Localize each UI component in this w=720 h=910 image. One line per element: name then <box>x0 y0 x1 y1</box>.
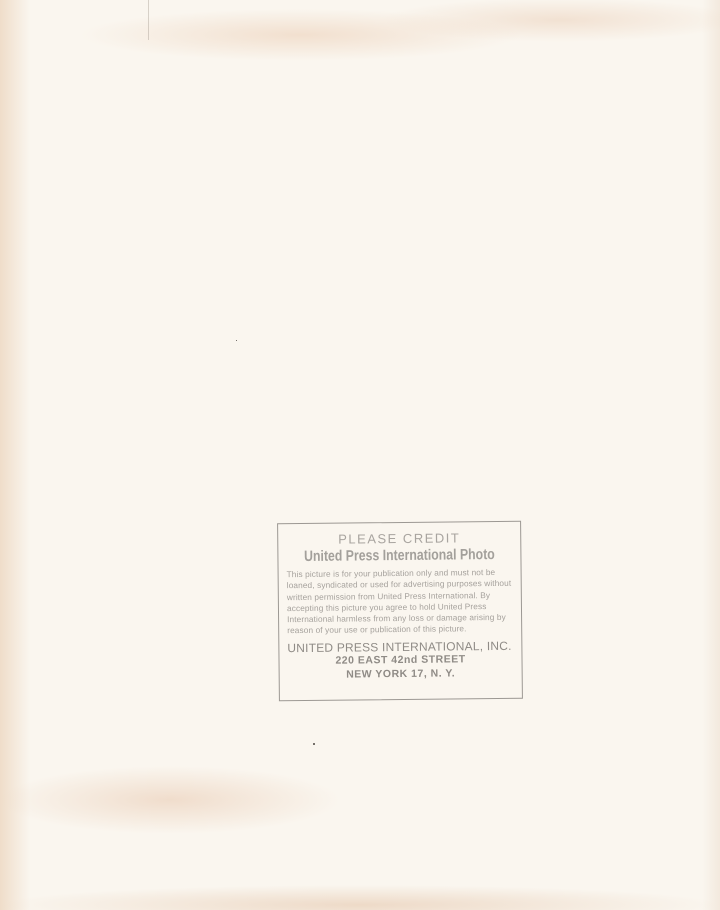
paper-crease <box>148 0 149 40</box>
stamp-address-city: NEW YORK 17, N. Y. <box>280 667 522 682</box>
stamp-heading: PLEASE CREDIT <box>278 530 520 548</box>
dust-speck <box>313 743 315 745</box>
stamp-address-street: 220 EAST 42nd STREET <box>279 653 521 668</box>
credit-stamp: PLEASE CREDIT United Press International… <box>277 521 523 702</box>
dust-speck <box>236 340 237 341</box>
photo-back-paper: PLEASE CREDIT United Press International… <box>0 0 720 910</box>
stamp-credit-line: United Press International Photo <box>300 546 499 565</box>
stamp-company: UNITED PRESS INTERNATIONAL, INC. <box>279 639 521 656</box>
stamp-terms: This picture is for your publication onl… <box>279 563 522 637</box>
